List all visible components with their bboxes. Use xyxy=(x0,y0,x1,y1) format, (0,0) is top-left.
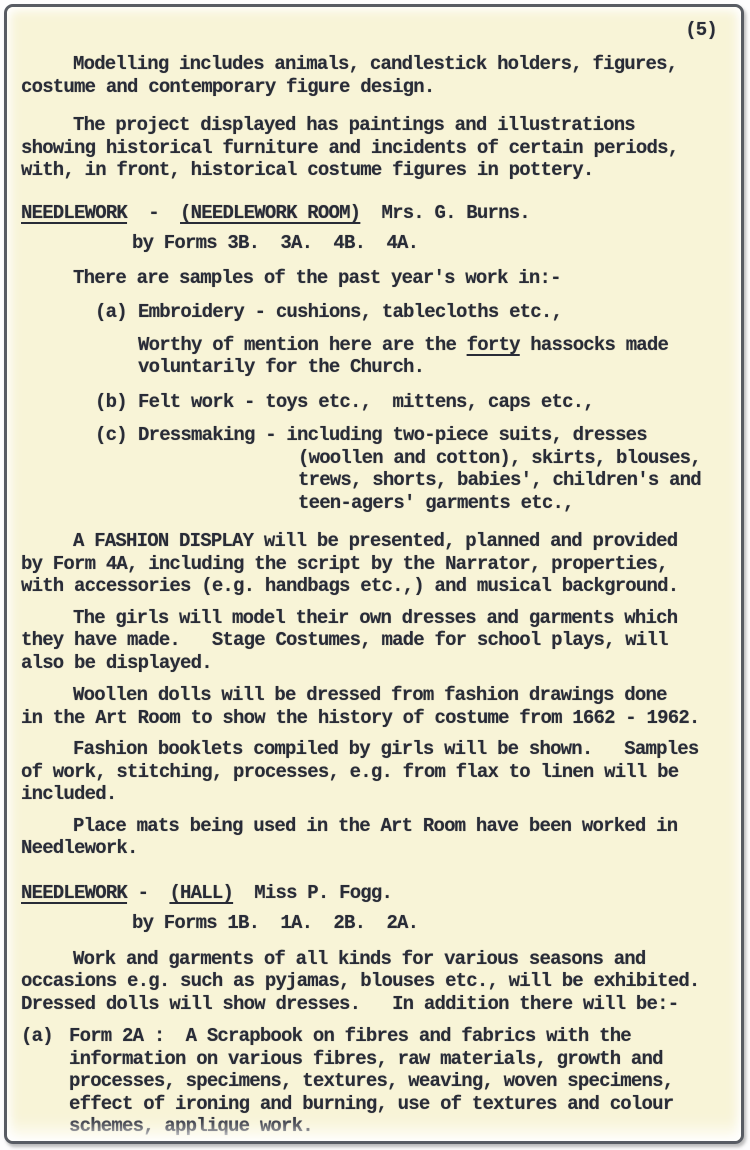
text-line: Work and garments of all kinds for vario… xyxy=(21,948,725,971)
text-line: effect of ironing and burning, use of te… xyxy=(69,1093,725,1116)
text-line: in the Art Room to show the history of c… xyxy=(21,707,725,730)
list-item-c-dressmaking: (c) Dressmaking - including two-piece su… xyxy=(21,424,725,514)
page-number: (5) xyxy=(685,19,717,42)
text-line: information on various fibres, raw mater… xyxy=(69,1048,725,1071)
text-line: showing historical furniture and inciden… xyxy=(21,137,725,160)
text-line: Fashion booklets compiled by girls will … xyxy=(21,738,725,761)
list-marker-a2: (a) xyxy=(21,1025,53,1048)
text-line: (woollen and cotton), skirts, blouses, xyxy=(138,447,725,470)
paragraph-fashion-booklets: Fashion booklets compiled by girls will … xyxy=(21,738,725,806)
list-item-a-embroidery: (a) Embroidery - cushions, tablecloths e… xyxy=(21,301,725,324)
underlined-text: (HALL) xyxy=(169,882,233,904)
text-segment: Miss P. Fogg. xyxy=(233,882,392,904)
byline-forms-upper: by Forms 3B. 3A. 4B. 4A. xyxy=(21,232,725,255)
paragraph-girls-model: The girls will model their own dresses a… xyxy=(21,607,725,675)
list-marker-b: (b) xyxy=(95,391,127,414)
text-line: Felt work - toys etc., mittens, caps etc… xyxy=(138,391,725,414)
paragraph-woollen-dolls: Woollen dolls will be dressed from fashi… xyxy=(21,684,725,729)
text-line: with accessories (e.g. handbags etc.,) a… xyxy=(21,575,725,598)
text-line: There are samples of the past year's wor… xyxy=(21,267,725,290)
text-line: Needlework. xyxy=(21,837,725,860)
paragraph-project-display: The project displayed has paintings and … xyxy=(21,114,725,182)
underlined-text: (NEEDLEWORK ROOM) xyxy=(180,202,360,224)
list-marker-a: (a) xyxy=(95,301,127,324)
text-segment: Mrs. G. Burns. xyxy=(360,202,530,224)
intro-samples: There are samples of the past year's wor… xyxy=(21,267,725,290)
text-line: costume and contemporary figure design. xyxy=(21,76,725,99)
text-line: schemes, applique work. xyxy=(69,1115,725,1138)
text-line: Modelling includes animals, candlestick … xyxy=(21,53,725,76)
scanned-page: (5) Modelling includes animals, candlest… xyxy=(0,0,750,1150)
underlined-text: NEEDLEWORK xyxy=(21,202,127,224)
text-line: Worthy of mention here are the forty has… xyxy=(21,334,725,357)
text-line: Embroidery - cushions, tablecloths etc., xyxy=(138,301,725,324)
list-marker-c: (c) xyxy=(95,424,127,447)
text-line: The project displayed has paintings and … xyxy=(21,114,725,137)
text-line: Dressmaking - including two-piece suits,… xyxy=(138,424,725,447)
note-hassocks: Worthy of mention here are the forty has… xyxy=(21,334,725,379)
underlined-text: forty xyxy=(467,334,520,356)
text-line: by Form 4A, including the script by the … xyxy=(21,553,725,576)
paragraph-fashion-display: A FASHION DISPLAY will be presented, pla… xyxy=(21,530,725,598)
text-line: occasions e.g. such as pyjamas, blouses … xyxy=(21,970,725,993)
text-line: with, in front, historical costume figur… xyxy=(21,159,725,182)
heading-needlework-room: NEEDLEWORK - (NEEDLEWORK ROOM) Mrs. G. B… xyxy=(21,202,725,225)
text-line: also be displayed. xyxy=(21,652,725,675)
text-line: NEEDLEWORK - (NEEDLEWORK ROOM) Mrs. G. B… xyxy=(21,202,725,225)
byline-forms-lower: by Forms 1B. 1A. 2B. 2A. xyxy=(21,912,725,935)
text-line: voluntarily for the Church. xyxy=(21,356,725,379)
text-segment: Worthy of mention here are the xyxy=(138,334,467,356)
heading-needlework-hall: NEEDLEWORK - (HALL) Miss P. Fogg. xyxy=(21,882,725,905)
text-line: Place mats being used in the Art Room ha… xyxy=(21,815,725,838)
paragraph-place-mats: Place mats being used in the Art Room ha… xyxy=(21,815,725,860)
text-line: of work, stitching, processes, e.g. from… xyxy=(21,761,725,784)
text-line: NEEDLEWORK - (HALL) Miss P. Fogg. xyxy=(21,882,725,905)
text-line: Dressed dolls will show dresses. In addi… xyxy=(21,993,725,1016)
text-line: Form 2A : A Scrapbook on fibres and fabr… xyxy=(69,1025,725,1048)
text-segment: - xyxy=(127,202,180,224)
text-segment: - xyxy=(127,882,169,904)
paragraph-work-garments: Work and garments of all kinds for vario… xyxy=(21,948,725,1016)
underlined-text: NEEDLEWORK xyxy=(21,882,127,904)
document-page: (5) Modelling includes animals, candlest… xyxy=(4,4,744,1144)
paragraph-modelling: Modelling includes animals, candlestick … xyxy=(21,53,725,98)
text-line: processes, specimens, textures, weaving,… xyxy=(69,1070,725,1093)
text-line: A FASHION DISPLAY will be presented, pla… xyxy=(21,530,725,553)
text-line: The girls will model their own dresses a… xyxy=(21,607,725,630)
list-item-a-scrapbook: (a) Form 2A : A Scrapbook on fibres and … xyxy=(21,1025,725,1138)
text-line: teen-agers' garments etc., xyxy=(138,492,725,515)
text-line: by Forms 3B. 3A. 4B. 4A. xyxy=(21,232,725,255)
list-item-b-feltwork: (b) Felt work - toys etc., mittens, caps… xyxy=(21,391,725,414)
text-line: by Forms 1B. 1A. 2B. 2A. xyxy=(21,912,725,935)
text-line: trews, shorts, babies', children's and xyxy=(138,469,725,492)
text-line: included. xyxy=(21,783,725,806)
text-line: Woollen dolls will be dressed from fashi… xyxy=(21,684,725,707)
text-line: they have made. Stage Costumes, made for… xyxy=(21,629,725,652)
text-segment: hassocks made xyxy=(520,334,668,356)
